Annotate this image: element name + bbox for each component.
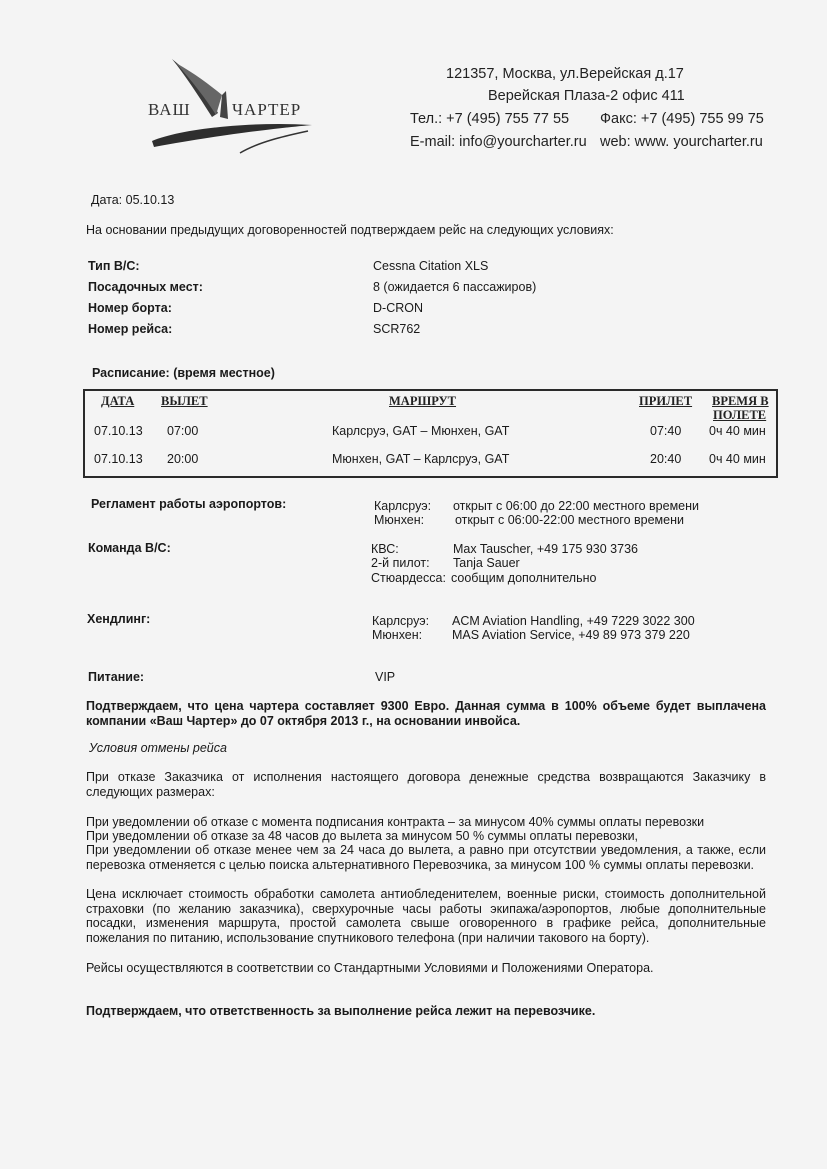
airport-city-2: Мюнхен:: [374, 513, 424, 527]
row-date: 07.10.13: [94, 452, 143, 466]
row-duration: 0ч 40 мин: [709, 452, 766, 466]
col-header-date: ДАТА: [101, 394, 134, 409]
website-link[interactable]: web: www. yourcharter.ru: [600, 134, 763, 150]
crew-captain: Max Tauscher, +49 175 930 3736: [453, 542, 638, 556]
row-departure: 07:00: [167, 424, 198, 438]
handling-city-2: Мюнхен:: [372, 628, 422, 642]
intro-text: На основании предыдущих договоренностей …: [86, 223, 614, 237]
seats-label: Посадочных мест:: [88, 280, 203, 294]
row-arrival: 20:40: [650, 452, 681, 466]
crew-role-captain: КВС:: [371, 542, 399, 556]
catering-value: VIP: [375, 670, 395, 684]
operator-standards: Рейсы осуществляются в соответствии со С…: [86, 961, 654, 975]
fax: Факс: +7 (495) 755 99 75: [600, 111, 764, 127]
catering-label: Питание:: [88, 670, 144, 684]
row-date: 07.10.13: [94, 424, 143, 438]
document-date: Дата: 05.10.13: [91, 193, 174, 207]
crew-role-copilot: 2-й пилот:: [371, 556, 430, 570]
price-exclusions: Цена исключает стоимость обработки самол…: [86, 887, 766, 945]
aircraft-type-value: Cessna Citation XLS: [373, 259, 488, 273]
flight-number-value: SCR762: [373, 322, 420, 336]
phone: Тел.: +7 (495) 755 77 55: [410, 111, 569, 127]
crew-role-flight-attendant: Стюардесса:: [371, 571, 446, 585]
logo-text-left: ВАШ: [148, 100, 191, 120]
tail-number-value: D-CRON: [373, 301, 423, 315]
cancellation-rule-2: При уведомлении об отказе за 48 часов до…: [86, 829, 638, 843]
company-logo: ВАШ ЧАРТЕР: [140, 55, 330, 160]
tail-number-label: Номер борта:: [88, 301, 172, 315]
handling-agent-1: ACM Aviation Handling, +49 7229 3022 300: [452, 614, 695, 628]
col-header-flight-time-2: ПОЛЕТЕ: [713, 408, 766, 423]
logo-text-right: ЧАРТЕР: [232, 100, 301, 120]
airport-hours-1: открыт с 06:00 до 22:00 местного времени: [453, 499, 699, 513]
address-line-1: 121357, Москва, ул.Верейская д.17: [446, 66, 684, 82]
col-header-route: МАРШРУТ: [389, 394, 456, 409]
crew-copilot: Tanja Sauer: [453, 556, 520, 570]
schedule-title: Расписание: (время местное): [92, 366, 275, 380]
cancellation-intro: При отказе Заказчика от исполнения насто…: [86, 770, 766, 799]
row-route: Мюнхен, GAT – Карлсруэ, GAT: [332, 452, 509, 466]
handling-city-1: Карлсруэ:: [372, 614, 429, 628]
handling-label: Хендлинг:: [87, 612, 150, 626]
airports-label: Регламент работы аэропортов:: [91, 497, 286, 511]
crew-label: Команда В/С:: [88, 541, 171, 555]
seats-value: 8 (ожидается 6 пассажиров): [373, 280, 536, 294]
row-departure: 20:00: [167, 452, 198, 466]
row-arrival: 07:40: [650, 424, 681, 438]
crew-flight-attendant: сообщим дополнительно: [451, 571, 596, 585]
cancellation-rule-1: При уведомлении об отказе с момента подп…: [86, 815, 704, 829]
address-line-2: Верейская Плаза-2 офис 411: [488, 88, 685, 104]
aircraft-type-label: Тип В/С:: [88, 259, 140, 273]
col-header-flight-time-1: ВРЕМЯ В: [712, 394, 769, 409]
handling-agent-2: MAS Aviation Service, +49 89 973 379 220: [452, 628, 690, 642]
cancellation-rule-3: При уведомлении об отказе менее чем за 2…: [86, 843, 766, 872]
responsibility-statement: Подтверждаем, что ответственность за вып…: [86, 1004, 595, 1018]
col-header-arrival: ПРИЛЕТ: [639, 394, 692, 409]
email-link[interactable]: E-mail: info@yourcharter.ru: [410, 134, 587, 150]
price-statement: Подтверждаем, что цена чартера составляе…: [86, 699, 766, 728]
col-header-departure: ВЫЛЕТ: [161, 394, 208, 409]
row-duration: 0ч 40 мин: [709, 424, 766, 438]
cancellation-title: Условия отмены рейса: [89, 741, 227, 755]
airport-city-1: Карлсруэ:: [374, 499, 431, 513]
airport-hours-2: открыт с 06:00-22:00 местного времени: [455, 513, 684, 527]
flight-number-label: Номер рейса:: [88, 322, 172, 336]
row-route: Карлсруэ, GAT – Мюнхен, GAT: [332, 424, 509, 438]
